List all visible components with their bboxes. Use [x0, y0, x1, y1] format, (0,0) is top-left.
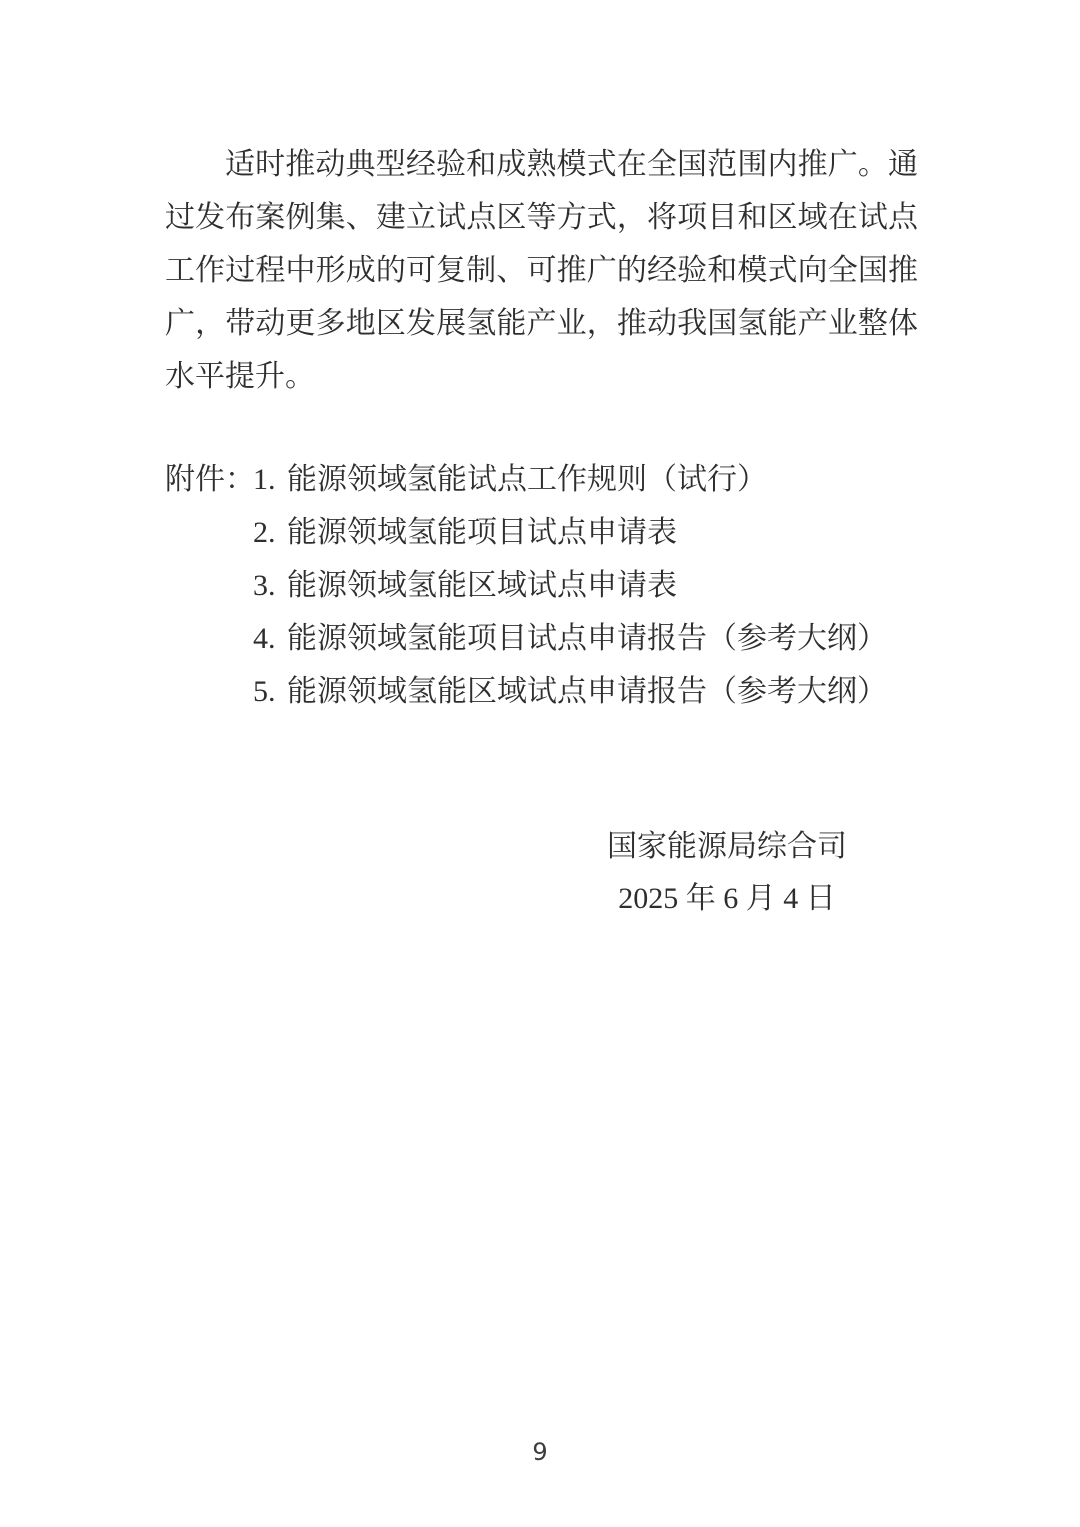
signature-date: 2025 年 6 月 4 日	[607, 873, 847, 925]
attachment-number: 4.	[253, 612, 287, 665]
page-number: 9	[0, 1438, 1080, 1466]
attachment-title: 能源领域氢能区域试点申请报告（参考大纲）	[287, 665, 965, 718]
attachment-number: 3.	[253, 559, 287, 612]
document-page: 适时推动典型经验和成熟模式在全国范围内推广。通 过发布案例集、建立试点区等方式，…	[0, 0, 1080, 1527]
paragraph-line-5: 水平提升。	[165, 350, 918, 403]
signature-block: 国家能源局综合司 2025 年 6 月 4 日	[607, 821, 847, 925]
attachments-list: 附件： 1. 能源领域氢能试点工作规则（试行） 2. 能源领域氢能项目试点申请表…	[165, 453, 965, 718]
paragraph-line-3: 工作过程中形成的可复制、可推广的经验和模式向全国推	[165, 244, 918, 297]
signature-organization: 国家能源局综合司	[607, 821, 847, 873]
attachments-indent-spacer	[165, 506, 253, 559]
attachment-title: 能源领域氢能区域试点申请表	[287, 559, 965, 612]
paragraph-line-4: 广，带动更多地区发展氢能产业，推动我国氢能产业整体	[165, 297, 918, 350]
paragraph-line-2: 过发布案例集、建立试点区等方式，将项目和区域在试点	[165, 191, 918, 244]
attachment-number: 2.	[253, 506, 287, 559]
attachments-label: 附件：	[165, 453, 253, 506]
attachments-indent-spacer	[165, 665, 253, 718]
attachment-number: 1.	[253, 453, 287, 506]
attachment-title: 能源领域氢能试点工作规则（试行）	[287, 453, 965, 506]
attachments-indent-spacer	[165, 559, 253, 612]
paragraph-line-1: 适时推动典型经验和成熟模式在全国范围内推广。通	[165, 138, 918, 191]
attachment-number: 5.	[253, 665, 287, 718]
attachment-title: 能源领域氢能项目试点申请表	[287, 506, 965, 559]
body-paragraph: 适时推动典型经验和成熟模式在全国范围内推广。通 过发布案例集、建立试点区等方式，…	[165, 138, 918, 403]
attachments-indent-spacer	[165, 612, 253, 665]
attachment-title: 能源领域氢能项目试点申请报告（参考大纲）	[287, 612, 965, 665]
